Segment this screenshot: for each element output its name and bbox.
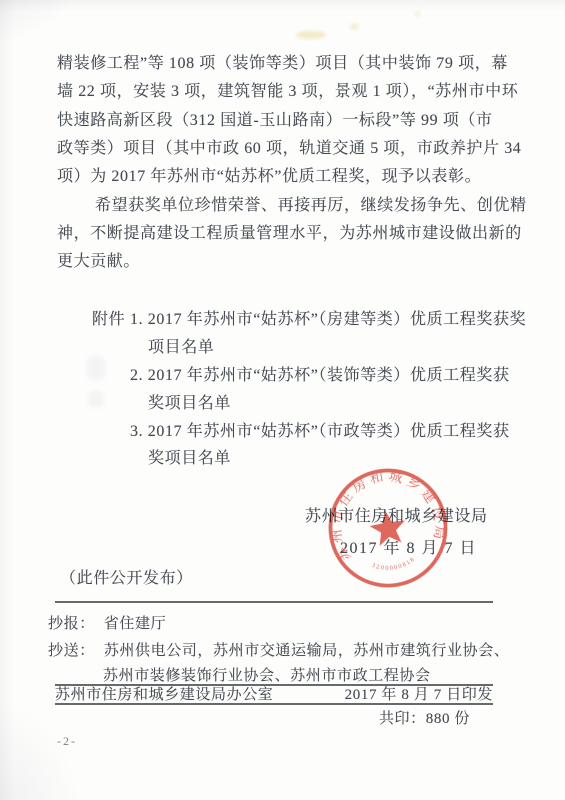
ink-bleed-mark — [88, 391, 104, 407]
print-count: 共印：880 份 — [370, 710, 470, 728]
attachment-item-3-line1: 3. 2017 年苏州市“姑苏杯”（市政等类）优质工程奖获 — [130, 423, 510, 441]
page-number: -2- — [57, 734, 77, 749]
body-paragraph2-line: 神，不断提高建设工程质量管理水平，为苏州城市建设做出新的 — [57, 225, 522, 243]
cc-report-row: 抄报：省住建厅 — [48, 615, 166, 633]
body-paragraph1-line: 快速路高新区段（312 国道-玉山路南）一标段”等 99 项（市 — [57, 112, 493, 130]
body-paragraph1-line: 项）为 2017 年苏州市“姑苏杯”优质工程奖，现予以表彰。 — [57, 168, 481, 186]
attachment-item-1-line1: 1. 2017 年苏州市“姑苏杯”（房建等类）优质工程奖获奖 — [130, 311, 526, 329]
body-paragraph1-line: 精装修工程”等 108 项（装饰等类）项目（其中装饰 79 项，幕 — [57, 55, 508, 73]
body-paragraph1-line: 政等类）项目（其中市政 60 项，轨道交通 5 项，市政养护片 34 — [57, 140, 521, 158]
cc-report-value: 省住建厅 — [104, 616, 166, 632]
print-date: 2017 年 8 月 7 日印发 — [330, 686, 493, 704]
cc-report-label: 抄报： — [48, 616, 95, 632]
attachment-item-2-line2: 奖项目名单 — [148, 395, 231, 413]
attachments-label: 附件 — [92, 311, 125, 329]
attachment-item-2-line1: 2. 2017 年苏州市“姑苏杯”（装饰等类）优质工程奖获 — [130, 367, 510, 385]
scan-smudge — [414, 11, 421, 17]
separator-rule-bottom — [55, 703, 493, 705]
body-paragraph1-line: 墙 22 项，安装 3 项，建筑智能 3 项，景观 1 项），“苏州市中环 — [57, 83, 518, 101]
cc-send-value-line2: 苏州市装修装饰行业协会、苏州市市政工程协会 — [103, 667, 431, 685]
issuing-office: 苏州市住房和城乡建设局办公室 — [55, 686, 273, 704]
seal-serial-number: 3200000818 — [370, 555, 418, 575]
seal-star-icon — [368, 508, 409, 547]
cc-send-row: 抄送：苏州供电公司，苏州市交通运输局，苏州市建筑行业协会、 — [48, 642, 509, 660]
attachment-item-3-line2: 奖项目名单 — [148, 450, 231, 468]
separator-rule-top — [55, 601, 493, 603]
public-release-note: （此件公开发布） — [60, 570, 193, 588]
cc-send-label: 抄送： — [48, 643, 95, 659]
ink-bleed-mark — [86, 356, 106, 380]
scan-smudge — [350, 23, 359, 30]
scan-smudge — [296, 31, 326, 39]
cc-send-value-line1: 苏州供电公司，苏州市交通运输局，苏州市建筑行业协会、 — [104, 643, 510, 659]
official-seal: 苏州市住房和城乡建设局 3200000818 — [310, 450, 466, 606]
scanned-document-page: 精装修工程”等 108 项（装饰等类）项目（其中装饰 79 项，幕 墙 22 项… — [0, 0, 565, 800]
body-paragraph2-line: 更大贡献。 — [57, 253, 140, 271]
body-paragraph2-line: 希望获奖单位珍惜荣誉、再接再厉，继续发扬争先、创优精 — [95, 197, 527, 215]
attachment-item-1-line2: 项目名单 — [148, 339, 214, 357]
